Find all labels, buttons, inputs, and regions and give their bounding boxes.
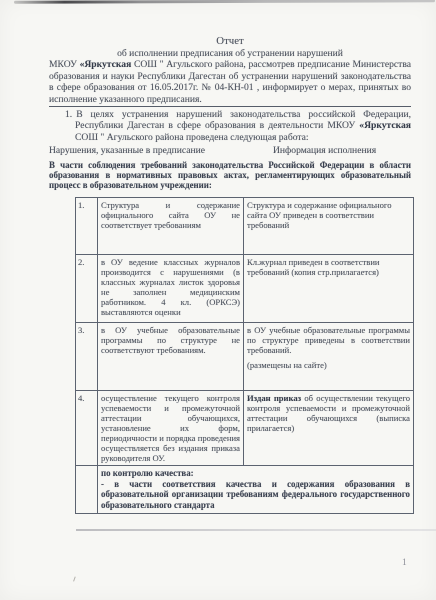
row-number: 1. [76,197,98,254]
scan-streak-artifact [76,529,436,531]
document-body: Отчет об исполнении предписания об устра… [49,34,411,514]
violation-cell: в ОУ ведение классных журналов производи… [98,254,244,322]
quality-text: - в части соответствия качества и содерж… [101,479,410,511]
action-cell: Кл.журнал приведен в соответствии требов… [244,254,414,322]
violation-cell: осуществление текущего контроля успеваем… [98,390,244,465]
action-cell: Структура и содержание официального сайт… [244,197,414,254]
table-row: 2. в ОУ ведение классных журналов произв… [76,254,414,322]
scanned-report-page: Отчет об исполнении предписания об устра… [0,0,436,600]
table-column-headers: Нарушения, указанные в предписание Инфор… [49,145,411,156]
quality-cell: по контролю качества: - в части соответс… [98,465,414,513]
list-number: 1. [65,109,72,120]
section-intro: В части соблюдения требований законодате… [49,160,411,191]
quality-title: по контролю качества: [101,468,410,479]
action-note: (размещены на сайте) [247,360,410,370]
table-row: 3. в ОУ учебные образовательные программ… [76,322,414,390]
intro-paragraph: МКОУ «Яркутская СОШ " Агульского района,… [49,59,411,105]
row-number-empty [76,465,98,513]
table-row-quality: по контролю качества: - в части соответс… [76,465,414,513]
violation-cell: Структура и содержание официального сайт… [98,197,244,254]
action-cell: в ОУ учебные образовательные программы п… [244,322,414,390]
school-name-bold: «Яркутская [359,120,411,131]
row-number: 2. [76,254,98,322]
horizontal-rule [49,106,411,107]
document-subtitle: об исполнении предписания об устранении … [49,48,411,59]
violations-column-header: Нарушения, указанные в предписание [49,145,205,156]
row-number: 4. [76,390,98,465]
page-number: 1 [402,558,407,568]
violation-cell: в ОУ учебные образовательные программы п… [98,322,244,390]
action-text-bold: Издан приказ [247,393,301,403]
work-item-paragraph: 1.В целях устранения нарушений законодат… [49,109,411,143]
action-cell: Издан приказ об осуществлении текущего к… [244,390,414,465]
scanner-edge-artifact [14,0,435,4]
work-text-rest: СОШ " Агульского района проведена следую… [75,132,309,143]
action-text: в ОУ учебные образовательные программы п… [247,325,410,355]
execution-column-header: Информация исполнения [273,145,376,156]
intro-text-pre: МКОУ [49,59,80,70]
row-number: 3. [76,322,98,390]
pencil-mark-artifact [70,575,75,581]
table-row: 1. Структура и содержание официального с… [76,197,414,254]
school-name-bold: «Яркутская [80,59,132,70]
violations-table: 1. Структура и содержание официального с… [75,197,414,514]
table-row: 4. осуществление текущего контроля успев… [76,390,414,465]
document-title: Отчет [49,34,411,48]
